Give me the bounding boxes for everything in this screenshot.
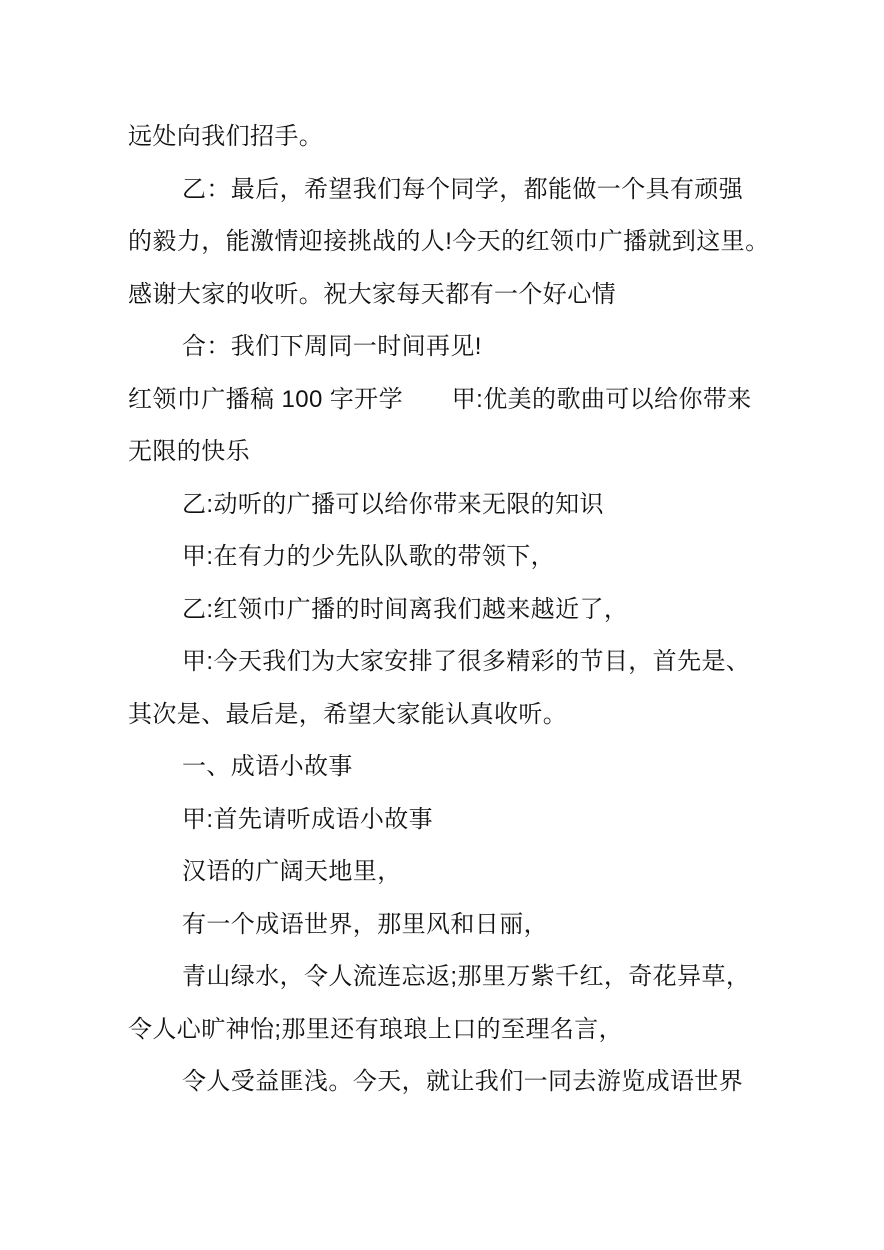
text-line: 甲:今天我们为大家安排了很多精彩的节目，首先是、: [128, 636, 776, 689]
text-line: 红领巾广播稿 100 字开学 甲:优美的歌曲可以给你带来: [128, 374, 776, 427]
text-line: 有一个成语世界，那里风和日丽，: [128, 899, 776, 952]
text-line: 乙：最后，希望我们每个同学，都能做一个具有顽强: [128, 164, 776, 217]
text-line: 令人受益匪浅。今天，就让我们一同去游览成语世界: [128, 1056, 776, 1109]
text-line: 甲:在有力的少先队队歌的带领下，: [128, 531, 776, 584]
text-line: 乙:动听的广播可以给你带来无限的知识: [128, 479, 776, 532]
text-line: 甲:首先请听成语小故事: [128, 794, 776, 847]
text-line: 青山绿水，令人流连忘返;那里万紫千红，奇花异草，: [128, 951, 776, 1004]
text-line: 汉语的广阔天地里，: [128, 846, 776, 899]
document-page: 远处向我们招手。 乙：最后，希望我们每个同学，都能做一个具有顽强 的毅力，能激情…: [0, 0, 884, 1250]
text-line: 远处向我们招手。: [128, 111, 776, 164]
text-line: 其次是、最后是，希望大家能认真收听。: [128, 689, 776, 742]
text-line: 一、成语小故事: [128, 741, 776, 794]
document-text-block: 远处向我们招手。 乙：最后，希望我们每个同学，都能做一个具有顽强 的毅力，能激情…: [128, 111, 776, 1109]
text-line: 无限的快乐: [128, 426, 776, 479]
text-line: 乙:红领巾广播的时间离我们越来越近了，: [128, 584, 776, 637]
text-line: 合：我们下周同一时间再见!: [128, 321, 776, 374]
text-line: 的毅力，能激情迎接挑战的人!今天的红领巾广播就到这里。: [128, 216, 776, 269]
text-line: 令人心旷神怡;那里还有琅琅上口的至理名言，: [128, 1004, 776, 1057]
text-line: 感谢大家的收听。祝大家每天都有一个好心情: [128, 269, 776, 322]
